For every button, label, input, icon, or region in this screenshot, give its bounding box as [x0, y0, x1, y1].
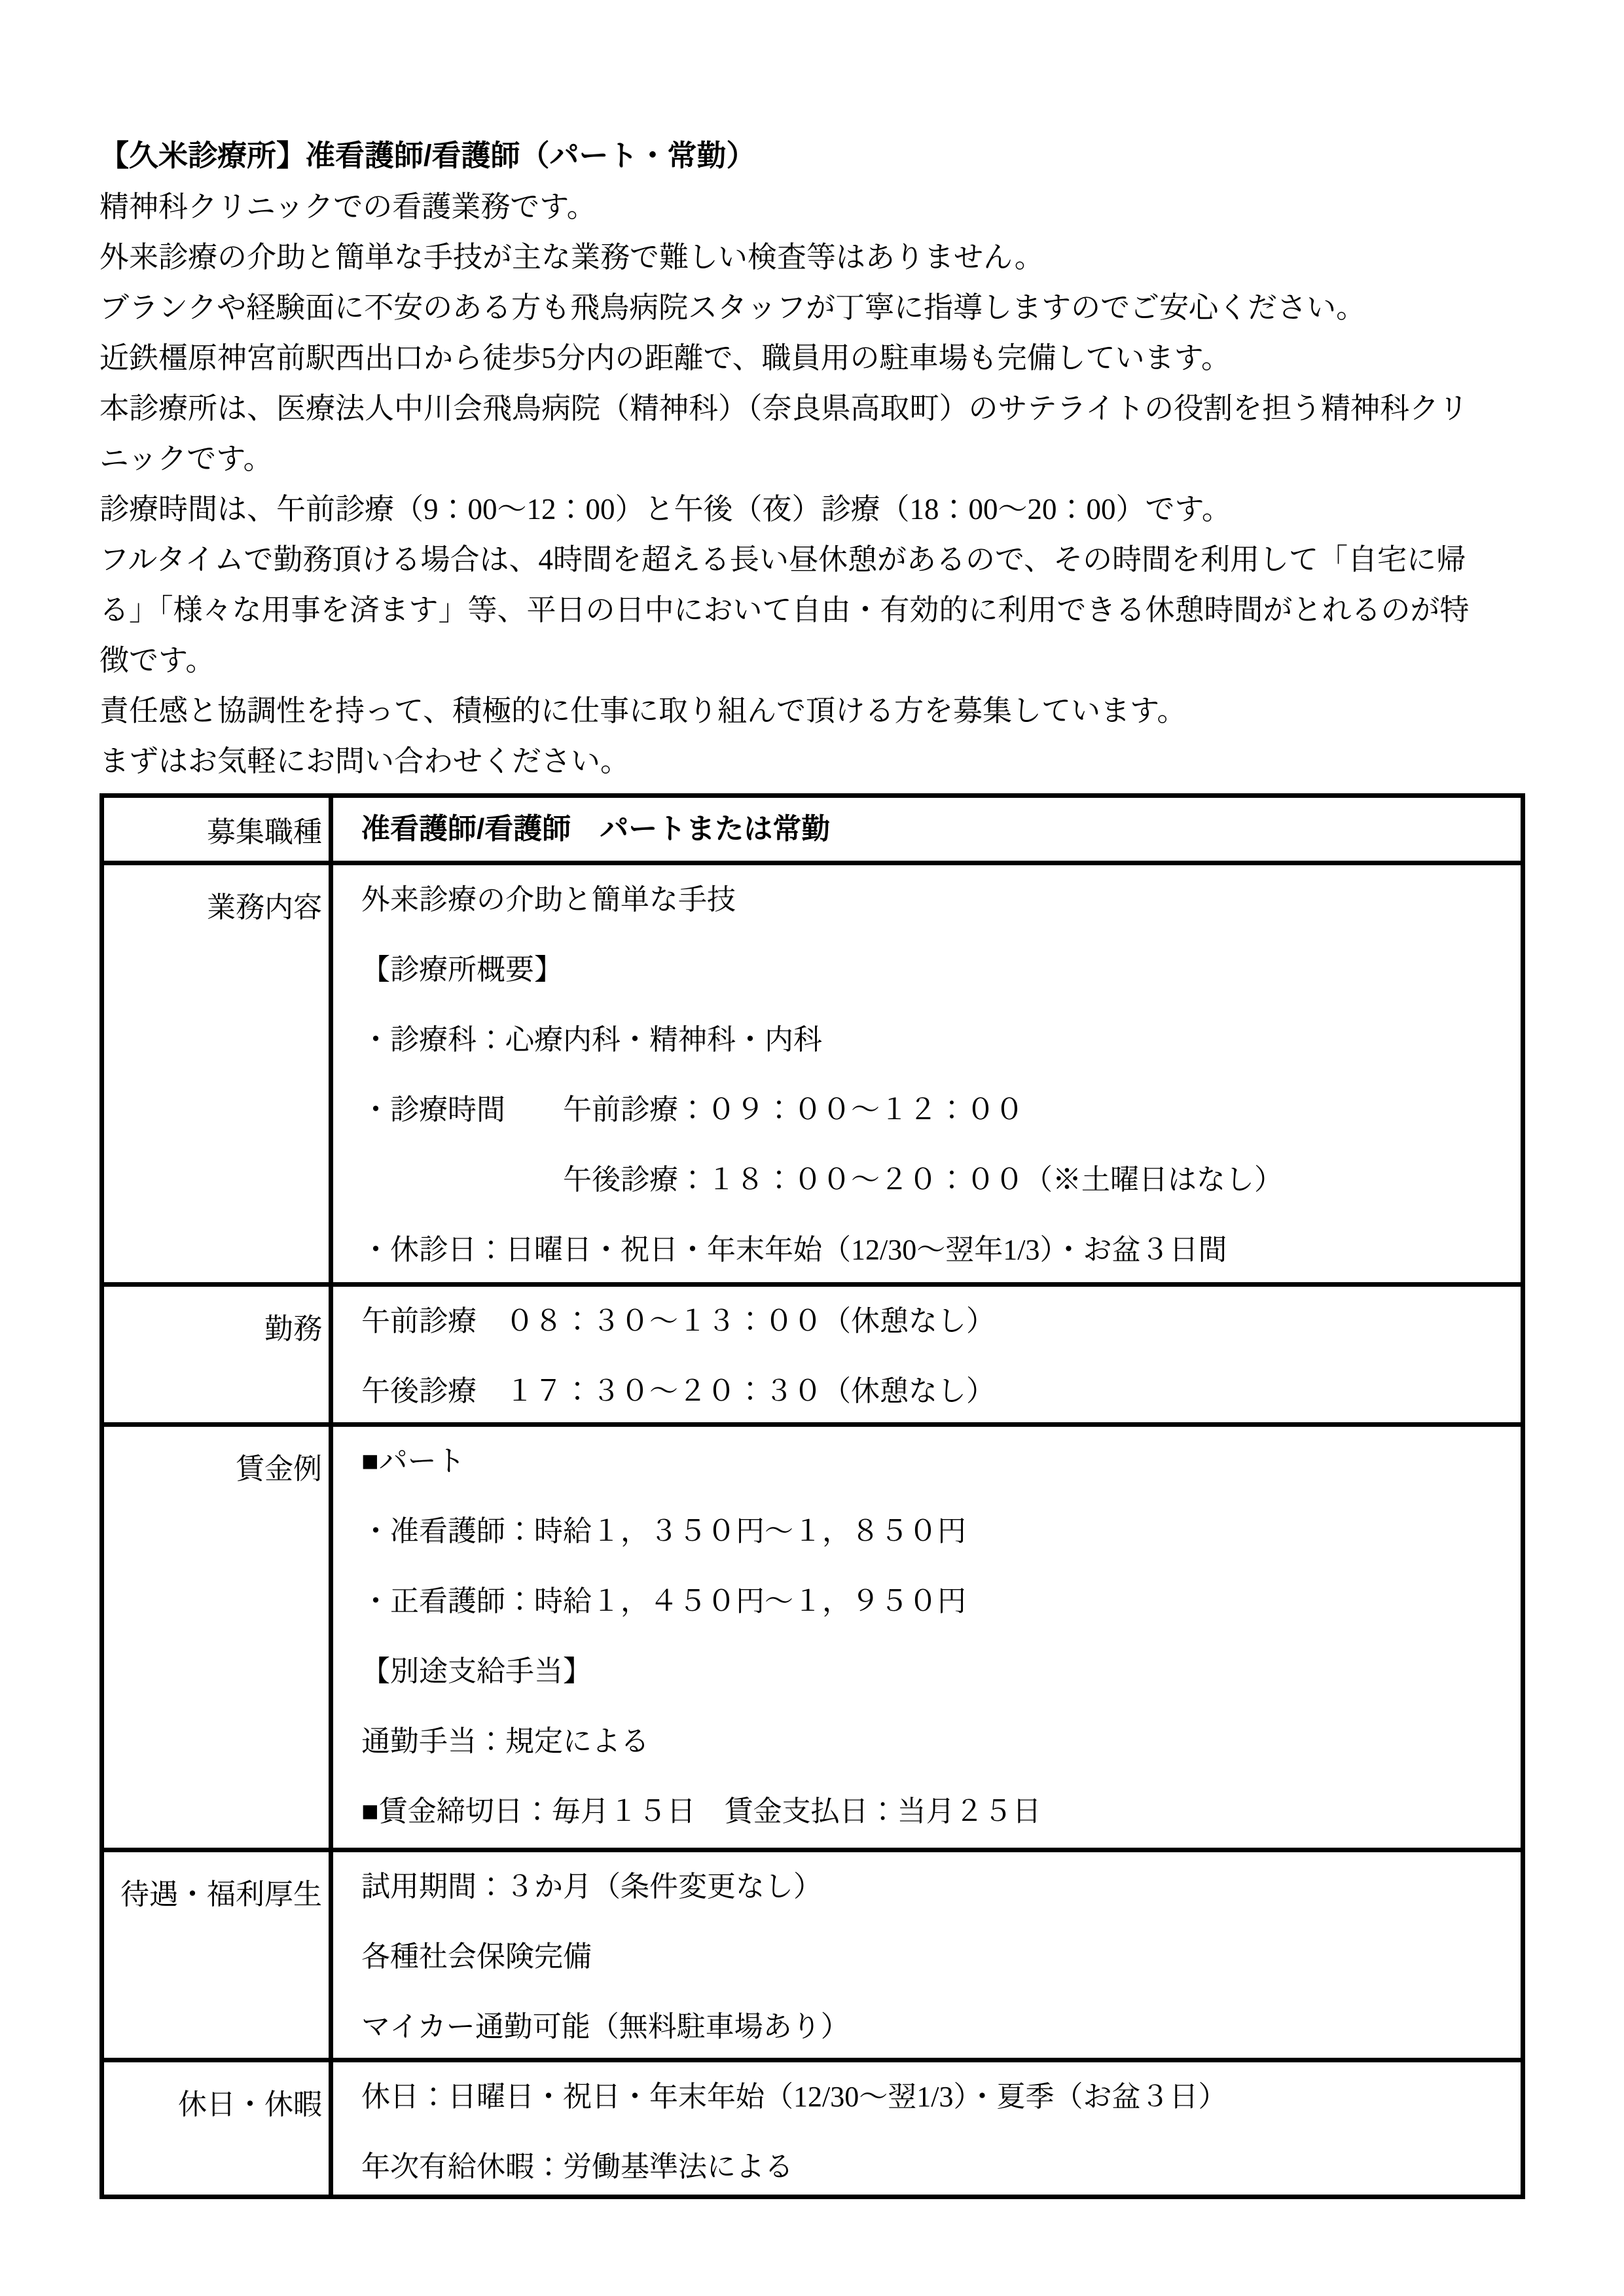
page-title: 【久米診療所】准看護師/看護師（パート・常勤） — [99, 0, 1525, 182]
cell-line: 各種社会保険完備 — [361, 1941, 1521, 1973]
cell-line: 【診療所概要】 — [361, 954, 1521, 986]
cell-line: 午前診療 ０８：３０～１３：００（休憩なし） — [361, 1305, 1521, 1338]
cell-line: 年次有給休暇：労働基準法による — [361, 2151, 1521, 2183]
document-body: 【久米診療所】准看護師/看護師（パート・常勤） 精神科クリニックでの看護業務です… — [99, 0, 1525, 2199]
table-row-duties: 業務内容 外来診療の介助と簡単な手技【診療所概要】・診療科：心療内科・精神科・内… — [104, 861, 1521, 1282]
cell-line: ■パート — [361, 1445, 1521, 1478]
intro-line: ブランクや経験面に不安のある方も飛鳥病院スタッフが丁寧に指導しますのでご安心くだ… — [99, 283, 1525, 333]
cell-line: 外来診療の介助と簡単な手技 — [361, 884, 1521, 916]
intro-line: フルタイムで勤務頂ける場合は、4時間を超える長い昼休憩があるので、その時間を利用… — [99, 535, 1525, 585]
table-row-benefits: 待遇・福利厚生 試用期間：３か月（条件変更なし）各種社会保険完備マイカー通勤可能… — [104, 1848, 1521, 2058]
intro-line: る」「様々な用事を済ます」等、平日の日中において自由・有効的に利用できる休憩時間… — [99, 585, 1525, 636]
cell-line: 午後診療 １７：３０～２０：３０（休憩なし） — [361, 1375, 1521, 1408]
cell-line: ■賃金締切日：毎月１５日 賃金支払日：当月２５日 — [361, 1795, 1521, 1828]
cell-line: 試用期間：３か月（条件変更なし） — [361, 1871, 1521, 1903]
intro-line: 近鉄橿原神宮前駅西出口から徒歩5分内の距離で、職員用の駐車場も完備しています。 — [99, 333, 1525, 384]
row-content-job-type: 准看護師/看護師 パートまたは常勤 — [333, 798, 1521, 861]
row-label-wage-example: 賃金例 — [104, 1427, 333, 1848]
row-label-duties: 業務内容 — [104, 865, 333, 1282]
cell-line: ・診療科：心療内科・精神科・内科 — [361, 1024, 1521, 1056]
intro-paragraph: 精神科クリニックでの看護業務です。外来診療の介助と簡単な手技が主な業務で難しい検… — [99, 182, 1525, 787]
table-row-wage-example: 賃金例 ■パート・准看護師：時給１，３５０円～１，８５０円・正看護師：時給１，４… — [104, 1422, 1521, 1848]
intro-line: 本診療所は、医療法人中川会飛鳥病院（精神科）（奈良県高取町）のサテライトの役割を… — [99, 384, 1525, 434]
row-label-benefits: 待遇・福利厚生 — [104, 1852, 333, 2058]
row-content-benefits: 試用期間：３か月（条件変更なし）各種社会保険完備マイカー通勤可能（無料駐車場あり… — [333, 1852, 1521, 2058]
row-content-wage-example: ■パート・准看護師：時給１，３５０円～１，８５０円・正看護師：時給１，４５０円～… — [333, 1427, 1521, 1848]
cell-line: 通勤手当：規定による — [361, 1725, 1521, 1758]
intro-line: ニックです。 — [99, 434, 1525, 484]
cell-line: 准看護師/看護師 パートまたは常勤 — [361, 813, 830, 846]
cell-line: 【別途支給手当】 — [361, 1655, 1521, 1688]
row-content-work-hours: 午前診療 ０８：３０～１３：００（休憩なし）午後診療 １７：３０～２０：３０（休… — [333, 1287, 1521, 1422]
intro-line: 診療時間は、午前診療（9：00～12：00）と午後（夜）診療（18：00～20：… — [99, 484, 1525, 535]
intro-line: 精神科クリニックでの看護業務です。 — [99, 182, 1525, 232]
table-row-holidays: 休日・休暇 休日：日曜日・祝日・年末年始（12/30～翌1/3）・夏季（お盆３日… — [104, 2058, 1521, 2195]
cell-line: 休日：日曜日・祝日・年末年始（12/30～翌1/3）・夏季（お盆３日） — [361, 2081, 1521, 2113]
row-content-holidays: 休日：日曜日・祝日・年末年始（12/30～翌1/3）・夏季（お盆３日）年次有給休… — [333, 2062, 1521, 2195]
intro-line: まずはお気軽にお問い合わせください。 — [99, 736, 1525, 787]
cell-line: ・准看護師：時給１，３５０円～１，８５０円 — [361, 1515, 1521, 1548]
cell-line: ・正看護師：時給１，４５０円～１，９５０円 — [361, 1585, 1521, 1618]
row-label-holidays: 休日・休暇 — [104, 2062, 333, 2195]
intro-line: 徴です。 — [99, 636, 1525, 686]
row-content-duties: 外来診療の介助と簡単な手技【診療所概要】・診療科：心療内科・精神科・内科・診療時… — [333, 865, 1521, 1282]
cell-line: マイカー通勤可能（無料駐車場あり） — [361, 2011, 1521, 2043]
table-row-job-type: 募集職種 准看護師/看護師 パートまたは常勤 — [104, 798, 1521, 861]
document-page: 【久米診療所】准看護師/看護師（パート・常勤） 精神科クリニックでの看護業務です… — [0, 0, 1624, 2296]
job-details-table: 募集職種 准看護師/看護師 パートまたは常勤 業務内容 外来診療の介助と簡単な手… — [99, 793, 1525, 2199]
cell-line: 午後診療：１８：００～２０：００（※土曜日はなし） — [361, 1164, 1521, 1196]
table-row-work-hours: 勤務 午前診療 ０８：３０～１３：００（休憩なし）午後診療 １７：３０～２０：３… — [104, 1282, 1521, 1422]
intro-line: 責任感と協調性を持って、積極的に仕事に取り組んで頂ける方を募集しています。 — [99, 686, 1525, 736]
cell-line: ・休診日：日曜日・祝日・年末年始（12/30～翌年1/3）・お盆３日間 — [361, 1234, 1521, 1266]
cell-line: ・診療時間 午前診療：０９：００～１２：００ — [361, 1094, 1521, 1126]
row-label-job-type: 募集職種 — [104, 798, 333, 861]
intro-line: 外来診療の介助と簡単な手技が主な業務で難しい検査等はありません。 — [99, 232, 1525, 283]
row-label-work-hours: 勤務 — [104, 1287, 333, 1422]
